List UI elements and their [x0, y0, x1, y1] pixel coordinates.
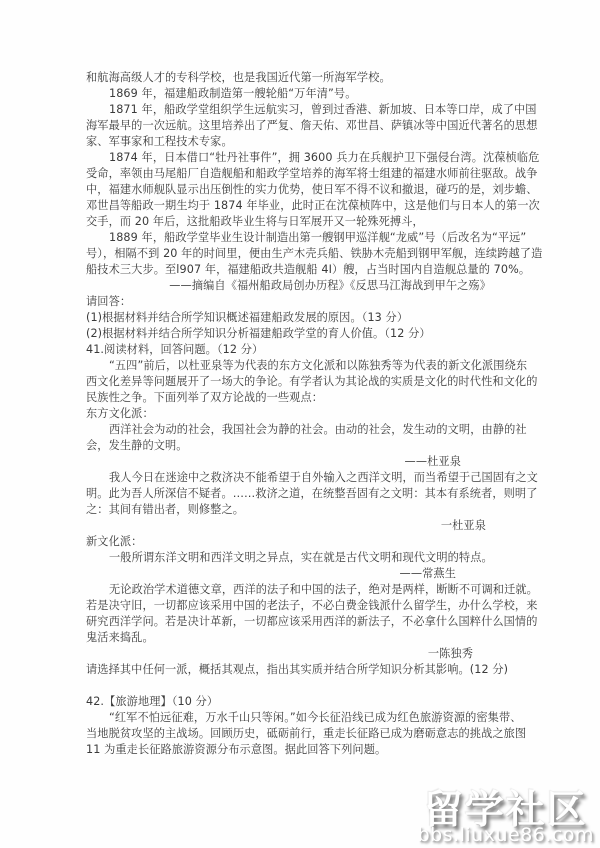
document-line: 41.阅读材料，回答问题。（12 分）	[86, 342, 516, 358]
document-line: 号），相隔不到 20 年的时间里，便由生产木壳兵船、铁胁木壳船到钢甲军舰，连续跨…	[86, 246, 516, 262]
document-line: 1869 年，福建船政制造第一艘轮船“万年清”号。	[86, 86, 516, 102]
document-line: 请回答：	[86, 294, 516, 310]
document-line: 船技术三大步。至l907 年，福建船政共造舰船 4I）艘，占当时国内自造舰总量的…	[86, 262, 516, 278]
document-line: ——常燕生	[86, 566, 516, 582]
document-line: 1889 年，船政学堂毕业生设计制造出第一艘钢甲巡洋舰“龙威”号（后改名为“平远…	[86, 230, 516, 246]
document-line: (2)根据材料并结合所学知识分析福建船政学堂的育人价值。（12 分）	[86, 326, 516, 342]
document-line: ——杜亚泉	[86, 454, 516, 470]
document-line: 一般所谓东洋文明和西洋文明之异点，实在就是古代文明和现代文明的特点。	[86, 550, 516, 566]
document-line: “红军不怕远征难，万水千山只等闲。”如今长征沿线已成为红色旅游资源的密集带、	[86, 710, 516, 726]
blank-line	[86, 678, 516, 694]
watermark: 留学社区 bbs.liuxue86.com	[418, 789, 594, 846]
document-line: 中，福建水师舰队显示出压倒性的实力优势，使日军不得不议和撤退，碰巧的是，刘步蟾、	[86, 182, 516, 198]
document-line: 交手，而 20 年后，这批船政毕业生将与日军展开又一轮殊死搏斗，	[86, 214, 516, 230]
document-line: 我人今日在迷途中之救济决不能希望于自外输入之西洋文明，而当希望于己国固有之文	[86, 470, 516, 486]
document-line: 和航海高级人才的专科学校，也是我国近代第一所海军学校。	[86, 70, 516, 86]
document-line: 受命，率领由马尾船厂自造舰船和船政学堂培养的海军将士组建的福建水师前往驱敌。战争	[86, 166, 516, 182]
document-line: 邓世昌等船政一期生均于 1874 年毕业，此时正在沈葆桢阵中，这是他们与日本人的…	[86, 198, 516, 214]
document-line: (1)根据材料并结合所学知识概述福建船政发展的原因。（13 分）	[86, 310, 516, 326]
document-line: 西文化差异等问题展开了一场大的争论。有学者认为其论战的实质是文化的时代性和文化的	[86, 374, 516, 390]
document-line: 11 为重走长征路旅游资源分布示意图。据此回答下列问题。	[86, 742, 516, 758]
document-line: 明。此为吾人所深信不疑者。……救济之道，在统整吾固有之文明：其本有系统者，则明了	[86, 486, 516, 502]
document-line: 无论政治学术道德文章，西洋的法子和中国的法子，绝对是两样，断断不可调和迁就。	[86, 582, 516, 598]
document-line: ——摘编自《福州船政局创办历程》《反思马江海战到甲午之殇》	[86, 278, 516, 294]
document-line: 民族性之争。下面列举了双方论战的一些观点：	[86, 390, 516, 406]
document-line: 西洋社会为动的社会，我国社会为静的社会。由动的社会，发生动的文明，由静的社	[86, 422, 516, 438]
document-line: 鬼活来捣乱。	[86, 630, 516, 646]
document-line: 一陈独秀	[86, 646, 516, 662]
document-line: 研究西洋学问。若是决计革新，一切都应该采用西洋的新法子，不必拿什么国粹什么国情的	[86, 614, 516, 630]
document-line: 若是决守旧，一切都应该采用中国的老法子，不必白费金钱派什么留学生，办什么学校，来	[86, 598, 516, 614]
document-line: 海军最早的一次远航。这里培养出了严复、詹天佑、邓世昌、萨镇冰等中国近代著名的思想	[86, 118, 516, 134]
document-line: 一杜亚泉	[86, 518, 516, 534]
document-line: 之：其间有错出者，则修整之。	[86, 502, 516, 518]
document-line: 当地脱贫攻坚的主战场。回顾历史，砥砺前行，重走长征路已成为磨砺意志的挑战之旅图	[86, 726, 516, 742]
document-line: 会，发生静的文明。	[86, 438, 516, 454]
document-line: 1874 年，日本借口“牡丹社事件”，拥 3600 兵力在兵舰护卫下强侵台湾。沈…	[86, 150, 516, 166]
document-body: 和航海高级人才的专科学校，也是我国近代第一所海军学校。1869 年，福建船政制造…	[86, 70, 516, 758]
document-line: “五四”前后，以杜亚泉等为代表的东方文化派和以陈独秀等为代表的新文化派围绕东	[86, 358, 516, 374]
document-line: 请选择其中任何一派，概括其观点，指出其实质并结合所学知识分析其影响。(12 分)	[86, 662, 516, 678]
document-line: 东方文化派：	[86, 406, 516, 422]
document-line: 家、军事家和工程技术专家。	[86, 134, 516, 150]
document-line: 1871 年，船政学堂组织学生远航实习，曾到过香港、新加坡、日本等口岸，成了中国	[86, 102, 516, 118]
document-line: 42.【旅游地理】（10 分）	[86, 694, 516, 710]
watermark-url: bbs.liuxue86.com	[418, 824, 594, 846]
exam-page: 和航海高级人才的专科学校，也是我国近代第一所海军学校。1869 年，福建船政制造…	[0, 0, 600, 848]
document-line: 新文化派：	[86, 534, 516, 550]
